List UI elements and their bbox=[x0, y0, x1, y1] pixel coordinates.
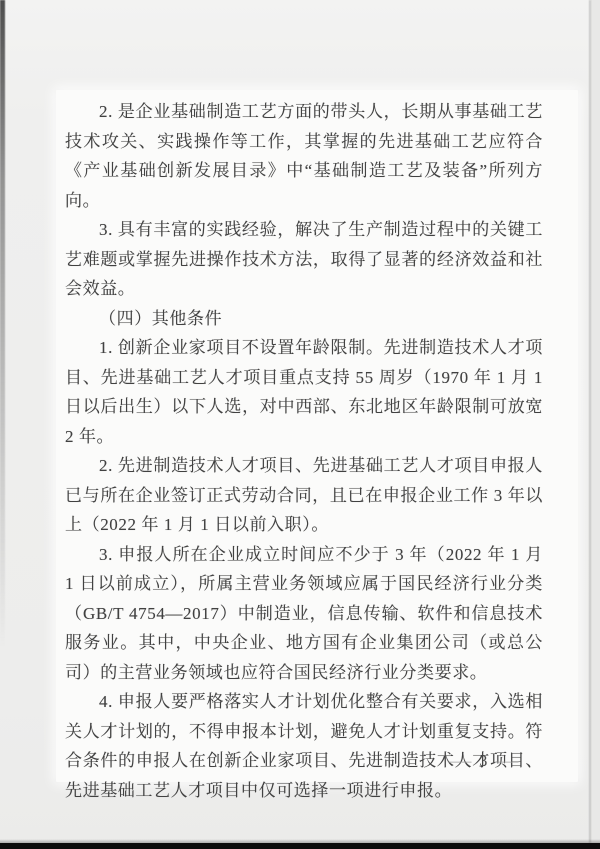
paragraph-basic-craft-leader: 2. 是企业基础制造工艺方面的带头人，长期从事基础工艺技术攻关、实践操作等工作，… bbox=[65, 97, 543, 215]
document-body: 2. 是企业基础制造工艺方面的带头人，长期从事基础工艺技术攻关、实践操作等工作，… bbox=[65, 97, 543, 805]
scanned-document-page: 2. 是企业基础制造工艺方面的带头人，长期从事基础工艺技术攻关、实践操作等工作，… bbox=[0, 0, 600, 849]
footer-left-dash: — bbox=[448, 753, 471, 771]
scan-bottom-edge-bar bbox=[0, 843, 600, 849]
footer-right-dash: — bbox=[495, 753, 518, 771]
paragraph-age-limit: 1. 创新企业家项目不设置年龄限制。先进制造技术人才项目、先进基础工艺人才项目重… bbox=[65, 333, 543, 451]
paragraph-labor-contract: 2. 先进制造技术人才项目、先进基础工艺人才项目申报人已与所在企业签订正式劳动合… bbox=[65, 451, 543, 540]
page-number: 3 bbox=[480, 753, 488, 771]
scan-right-margin bbox=[591, 0, 600, 849]
page-footer: — 3 — bbox=[452, 753, 515, 771]
paragraph-single-application: 4. 申报人要严格落实人才计划优化整合有关要求，入选相关人才计划的，不得申报本计… bbox=[65, 687, 543, 805]
paper-sheet: 2. 是企业基础制造工艺方面的带头人，长期从事基础工艺技术攻关、实践操作等工作，… bbox=[56, 90, 578, 782]
scan-left-shadow bbox=[0, 0, 5, 648]
paragraph-practice-experience: 3. 具有丰富的实践经验，解决了生产制造过程中的关键工艺难题或掌握先进操作技术方… bbox=[65, 215, 543, 304]
paragraph-company-requirement: 3. 申报人所在企业成立时间应不少于 3 年（2022 年 1 月 1 日以前成… bbox=[65, 540, 543, 688]
scan-page-edge-line bbox=[589, 0, 591, 843]
heading-other-conditions: （四）其他条件 bbox=[65, 304, 543, 334]
